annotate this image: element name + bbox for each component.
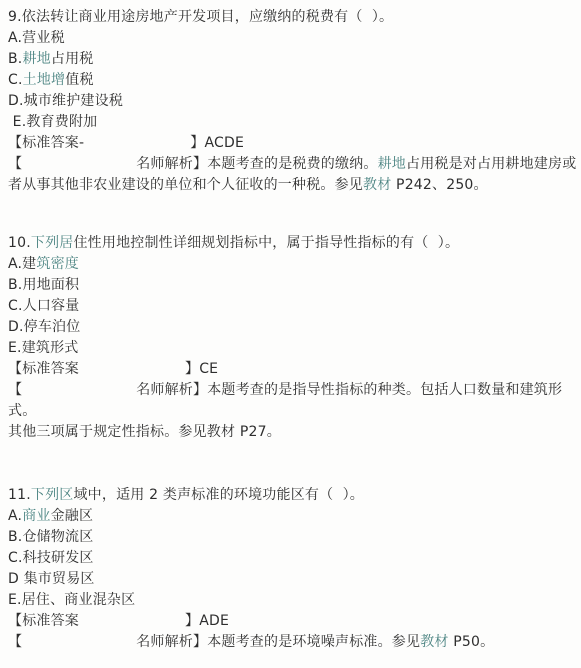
text-segment: 9.依法转让商业用途房地产开发项目，应缴纳的税费有（ ）。 bbox=[8, 9, 393, 25]
text-segment: 名师解析】本题考查的是环境噪声标准。参见 bbox=[136, 634, 420, 650]
question-10-option-b-line: B.用地面积 bbox=[8, 275, 578, 296]
question-11-option-d-line: D 集市贸易区 bbox=[8, 569, 578, 590]
question-11-analysis-line: 【名师解析】本题考查的是环境噪声标准。参见教材 P50。 bbox=[8, 632, 578, 653]
text-segment: P242、250。 bbox=[391, 177, 487, 193]
text-segment: B. bbox=[8, 51, 22, 67]
question-10-option-d-line: D.停车泊位 bbox=[8, 317, 578, 338]
text-segment: 耕地 bbox=[22, 51, 50, 67]
question-9-analysis-line: 【名师解析】本题考查的是税费的缴纳。耕地占用税是对占用耕地建房或 bbox=[8, 154, 578, 175]
text-segment: C.人口容量 bbox=[8, 298, 79, 314]
blank-gap bbox=[84, 146, 190, 147]
question-10-analysis-line: 其他三项属于规定性指标。参见教材 P27。 bbox=[8, 422, 578, 443]
question-9-stem-line: 9.依法转让商业用途房地产开发项目，应缴纳的税费有（ ）。 bbox=[8, 7, 578, 28]
text-segment: 【 bbox=[8, 382, 22, 398]
text-segment: B.仓储物流区 bbox=[8, 529, 93, 545]
question-11-answer-line: 【标准答案】ADE bbox=[8, 611, 578, 632]
question-10-analysis-line: 【名师解析】本题考查的是指导性指标的种类。包括人口数量和建筑形式。 bbox=[8, 380, 578, 422]
text-segment: A. bbox=[8, 508, 22, 524]
text-segment: 【标准答案 bbox=[8, 613, 79, 629]
text-segment: 住性用地控制性详细规划指标中，属于指导性指标的有（ ）。 bbox=[73, 235, 459, 251]
question-11-option-e-line: E.居住、商业混杂区 bbox=[8, 590, 578, 611]
text-segment: 下列居 bbox=[31, 235, 74, 251]
text-segment: 名师解析】本题考查的是税费的缴纳。 bbox=[136, 156, 377, 172]
document-page: 9.依法转让商业用途房地产开发项目，应缴纳的税费有（ ）。A.营业税B.耕地占用… bbox=[0, 0, 581, 668]
text-segment: 土地增 bbox=[23, 72, 66, 88]
text-segment: 教材 bbox=[420, 634, 448, 650]
question-10-option-e-line: E.建筑形式 bbox=[8, 338, 578, 359]
text-segment: 11. bbox=[8, 487, 31, 503]
question-9-analysis-line: 者从事其他非农业建设的单位和个人征收的一种税。参见教材 P242、250。 bbox=[8, 175, 578, 196]
text-segment: 【 bbox=[8, 634, 22, 650]
question-9-answer-line: 【标准答案-】ACDE bbox=[8, 133, 578, 154]
blank-gap bbox=[22, 167, 136, 168]
text-segment: B.用地面积 bbox=[8, 277, 79, 293]
text-segment: D.城市维护建设税 bbox=[8, 93, 123, 109]
text-segment: E.居住、商业混杂区 bbox=[8, 592, 135, 608]
text-segment: 筑密度 bbox=[36, 256, 79, 272]
text-segment: 耕地 bbox=[378, 156, 406, 172]
text-segment: 】ADE bbox=[185, 613, 229, 629]
text-segment: 其他三项属于规定性指标。参见教材 P27。 bbox=[8, 424, 281, 440]
question-10-answer-line: 【标准答案】CE bbox=[8, 359, 578, 380]
question-9-option-e-line: E.教育费附加 bbox=[8, 112, 578, 133]
text-segment: 】ACDE bbox=[190, 135, 244, 151]
text-segment: 者从事其他非农业建设的单位和个人征收的一种税。参见 bbox=[8, 177, 363, 193]
question-11-option-a-line: A.商业金融区 bbox=[8, 506, 578, 527]
text-segment: C.科技研发区 bbox=[8, 550, 94, 566]
text-segment: 金融区 bbox=[51, 508, 94, 524]
text-segment: C. bbox=[8, 72, 23, 88]
text-segment: A.建 bbox=[8, 256, 36, 272]
text-segment: 占用税是对占用耕地建房或 bbox=[406, 156, 576, 172]
blank-gap bbox=[79, 372, 185, 373]
text-segment: 值税 bbox=[65, 72, 93, 88]
blank-gap bbox=[22, 393, 136, 394]
text-segment: 占用税 bbox=[51, 51, 94, 67]
question-11-stem-line: 11.下列区域中，适用 2 类声标准的环境功能区有（ ）。 bbox=[8, 485, 578, 506]
question-11-option-b-line: B.仓储物流区 bbox=[8, 527, 578, 548]
question-10-stem-line: 10.下列居住性用地控制性详细规划指标中，属于指导性指标的有（ ）。 bbox=[8, 233, 578, 254]
question-10-option-c-line: C.人口容量 bbox=[8, 296, 578, 317]
question-9-option-c-line: C.土地增值税 bbox=[8, 70, 578, 91]
question-11-option-c-line: C.科技研发区 bbox=[8, 548, 578, 569]
text-segment: D 集市贸易区 bbox=[8, 571, 95, 587]
text-segment: 名师解析】本题考查的是指导性指标的种类。包括人口数量和建筑形式。 bbox=[8, 382, 562, 419]
blank-gap bbox=[79, 624, 185, 625]
text-segment: 教材 bbox=[363, 177, 391, 193]
question-9-option-a-line: A.营业税 bbox=[8, 28, 578, 49]
text-segment: A.营业税 bbox=[8, 30, 65, 46]
question-9-option-d-line: D.城市维护建设税 bbox=[8, 91, 578, 112]
text-segment: 域中，适用 2 类声标准的环境功能区有（ ）。 bbox=[73, 487, 364, 503]
text-segment: 下列区 bbox=[31, 487, 74, 503]
text-segment: 商业 bbox=[22, 508, 50, 524]
text-segment: D.停车泊位 bbox=[8, 319, 80, 335]
text-segment: 【 bbox=[8, 156, 22, 172]
blank-gap bbox=[22, 645, 136, 646]
question-block-9: 9.依法转让商业用途房地产开发项目，应缴纳的税费有（ ）。A.营业税B.耕地占用… bbox=[8, 7, 578, 196]
question-9-option-b-line: B.耕地占用税 bbox=[8, 49, 578, 70]
text-segment: P50。 bbox=[449, 634, 495, 650]
text-segment: 10. bbox=[8, 235, 31, 251]
text-segment: 】CE bbox=[185, 361, 218, 377]
text-segment: 【标准答案 bbox=[8, 361, 79, 377]
text-segment: E.建筑形式 bbox=[8, 340, 79, 356]
text-segment: E.教育费附加 bbox=[8, 114, 97, 130]
text-segment: 【标准答案- bbox=[8, 135, 84, 151]
question-block-10: 10.下列居住性用地控制性详细规划指标中，属于指导性指标的有（ ）。A.建筑密度… bbox=[8, 233, 578, 443]
question-10-option-a-line: A.建筑密度 bbox=[8, 254, 578, 275]
question-block-11: 11.下列区域中，适用 2 类声标准的环境功能区有（ ）。A.商业金融区B.仓储… bbox=[8, 485, 578, 653]
